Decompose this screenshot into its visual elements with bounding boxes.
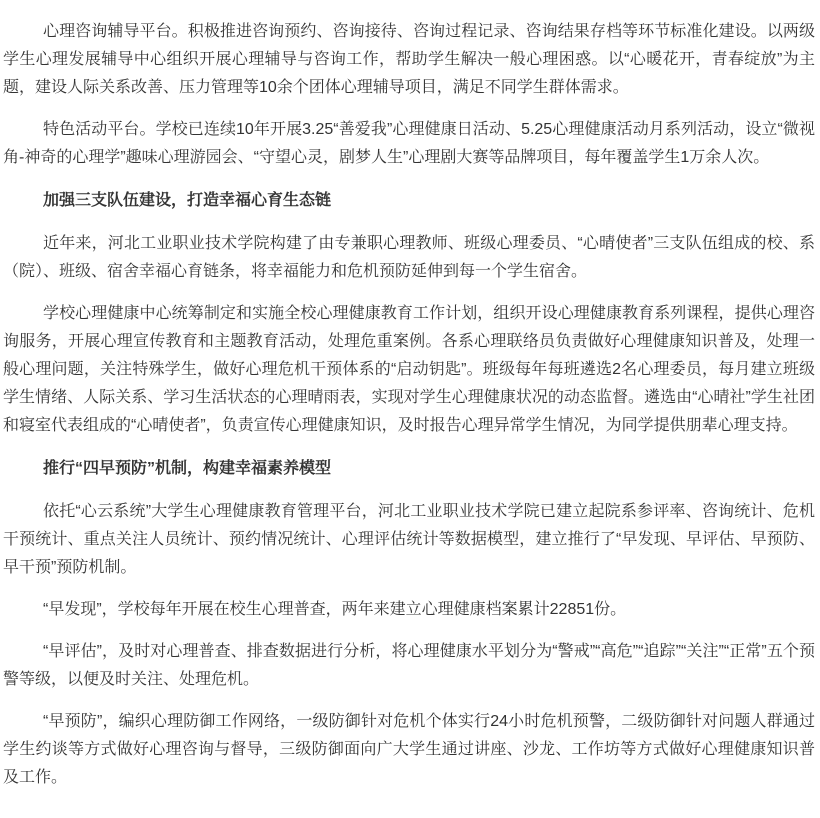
- section-heading: 加强三支队伍建设，打造幸福心育生态链: [3, 187, 815, 215]
- article-paragraph: 学校心理健康中心统筹制定和实施全校心理健康教育工作计划，组织开设心理健康教育系列…: [3, 300, 815, 440]
- article-paragraph: “早评估”，及时对心理普查、排查数据进行分析，将心理健康水平划分为“警戒”“高危…: [3, 638, 815, 694]
- article-paragraph: “早发现”，学校每年开展在校生心理普查，两年来建立心理健康档案累计22851份。: [3, 596, 815, 624]
- article-paragraph: 心理咨询辅导平台。积极推进咨询预约、咨询接待、咨询过程记录、咨询结果存档等环节标…: [3, 18, 815, 102]
- article-body: 心理咨询辅导平台。积极推进咨询预约、咨询接待、咨询过程记录、咨询结果存档等环节标…: [0, 0, 820, 818]
- article-paragraph: 依托“心云系统”大学生心理健康教育管理平台，河北工业职业技术学院已建立起院系参评…: [3, 498, 815, 582]
- article-paragraph: 近年来，河北工业职业技术学院构建了由专兼职心理教师、班级心理委员、“心晴使者”三…: [3, 230, 815, 286]
- article-paragraph: 特色活动平台。学校已连续10年开展3.25“善爱我”心理健康日活动、5.25心理…: [3, 116, 815, 172]
- section-heading: 推行“四早预防”机制，构建幸福素养模型: [3, 455, 815, 483]
